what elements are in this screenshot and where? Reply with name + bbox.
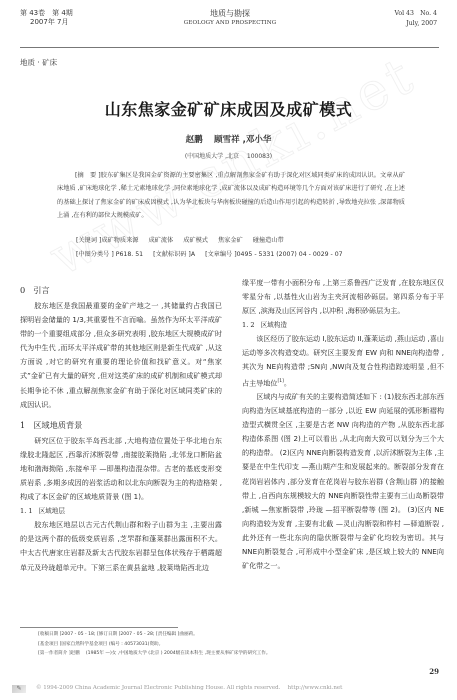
date-en: July, 2007 — [394, 19, 437, 29]
header-center: 地质与勘探 GEOLOGY AND PROSPECTING — [150, 9, 310, 28]
footnote-received: [收稿日期 ]2007 - 05 - 18; [修订日期 ]2007 - 05 … — [38, 630, 271, 640]
abstract-label: [摘 要 ] — [57, 172, 101, 179]
footnote-rule — [20, 627, 178, 628]
section-heading-regional-geology: 1区域地质背景 — [20, 417, 222, 434]
doc-code-value: A — [191, 251, 195, 258]
header-rule — [20, 47, 439, 48]
article-title: 山东焦家金矿矿床成因及成矿模式 — [0, 97, 457, 120]
article-affiliation: (中国地质大学 ,北京 100083) — [0, 151, 457, 160]
keywords: [关键词 ]成矿物质来源成矿流体成矿模式焦家金矿碰撞造山带 — [76, 234, 416, 248]
copyright-footer: ✎© 1994-2009 China Academic Journal Elec… — [12, 683, 342, 693]
doc-code-label: [文献标识码 ] — [153, 251, 191, 258]
keyword: 碰撞造山带 — [253, 237, 284, 244]
paragraph: 区域内与成矿有关的主要构造简述如下 : (1)胶东西北部东西向构造为区域基底构造… — [242, 390, 444, 573]
keyword: 成矿模式 — [183, 237, 208, 244]
paragraph: 该区经历了胶东运动 I,胶东运动 II,蓬莱运动 ,燕山运动 ,喜山运动等多次构… — [242, 332, 444, 390]
journal-page: www.cnki.net 第 43卷 第 4期 2007年 7月 地质与勘探 G… — [0, 0, 457, 700]
header-left: 第 43卷 第 4期 2007年 7月 — [20, 9, 73, 27]
column-tag: 地质 · 矿床 — [20, 57, 57, 68]
abstract: [摘 要 ]胶东矿集区是我国金矿资源的主要密集区 ,重点解剖焦家金矿有助于深化对… — [57, 169, 405, 222]
date-cn: 2007年 7月 — [20, 18, 73, 27]
keyword: 成矿物质来源 — [101, 237, 138, 244]
header-right: Vol 43 No. 4 July, 2007 — [394, 9, 437, 29]
abstract-text: 胶东矿集区是我国金矿资源的主要密集区 ,重点解剖焦家金矿有助于深化对区域同类矿床… — [57, 172, 405, 219]
subsection-heading-structure: 1. 2区域构造 — [242, 318, 444, 332]
footnote-author: [第一作者简介 ]赵鹏 (1985年 —)女 ,中国地质大学 (北京 ) 200… — [38, 649, 271, 659]
right-column: 缘平度一带有小面积分布 ,上第三系鲁西广泛发育 ,在胶东地区仅零星分布 ,以基性… — [242, 276, 444, 573]
page-number: 29 — [429, 667, 439, 676]
keyword: 焦家金矿 — [218, 237, 243, 244]
paragraph: 胶东地区地层以古元古代荆山群和粉子山群为主 ,主要出露的是这两个群的低级变质岩系… — [20, 518, 222, 574]
left-column: 0引言 胶东地区是我国最重要的金矿产地之一 ,其储量约占我国已探明岩金储量的 1… — [20, 282, 222, 575]
keyword: 成矿流体 — [148, 237, 173, 244]
paragraph: 缘平度一带有小面积分布 ,上第三系鲁西广泛发育 ,在胶东地区仅零星分布 ,以基性… — [242, 276, 444, 318]
journal-title-cn: 地质与勘探 — [150, 9, 310, 19]
subsection-heading-strata: 1. 1区域地层 — [20, 504, 222, 518]
footnote-fund: [基金项目 ]国家自然科学基金项目 (编号 : 40573031)资助。 — [38, 640, 271, 650]
classification-line: [中图分类号 ]P618. 51[文献标识码 ]A[文章编号 ]0495 - 5… — [76, 248, 416, 262]
volume-issue-cn: 第 43卷 第 4期 — [20, 9, 73, 18]
article-no-value: 0495 - 5331 (2007) 04 - 0029 - 07 — [237, 251, 343, 258]
clc-label: [中图分类号 ] — [76, 251, 114, 258]
keywords-label: [关键词 ] — [76, 237, 101, 244]
section-heading-introduction: 0引言 — [20, 282, 222, 299]
paragraph: 胶东地区是我国最重要的金矿产地之一 ,其储量约占我国已探明岩金储量的 1/3,其… — [20, 299, 222, 412]
clc-value: P618. 51 — [116, 251, 143, 258]
article-no-label: [文章编号 ] — [205, 251, 237, 258]
copyright-text: © 1994-2009 China Academic Journal Elect… — [36, 685, 342, 691]
footnotes: [收稿日期 ]2007 - 05 - 18; [修订日期 ]2007 - 05 … — [38, 630, 271, 659]
paragraph: 研究区位于胶东半岛西北部 ,大地构造位置处于华北地台东缘胶北隆起区 ,西靠沂沭断… — [20, 434, 222, 504]
cnki-logo-icon: ✎ — [12, 685, 26, 693]
article-authors: 赵鹏 顾雪祥 ,邓小华 — [0, 133, 457, 145]
journal-title-en: GEOLOGY AND PROSPECTING — [150, 19, 310, 28]
volume-issue-en: Vol 43 No. 4 — [394, 9, 437, 19]
